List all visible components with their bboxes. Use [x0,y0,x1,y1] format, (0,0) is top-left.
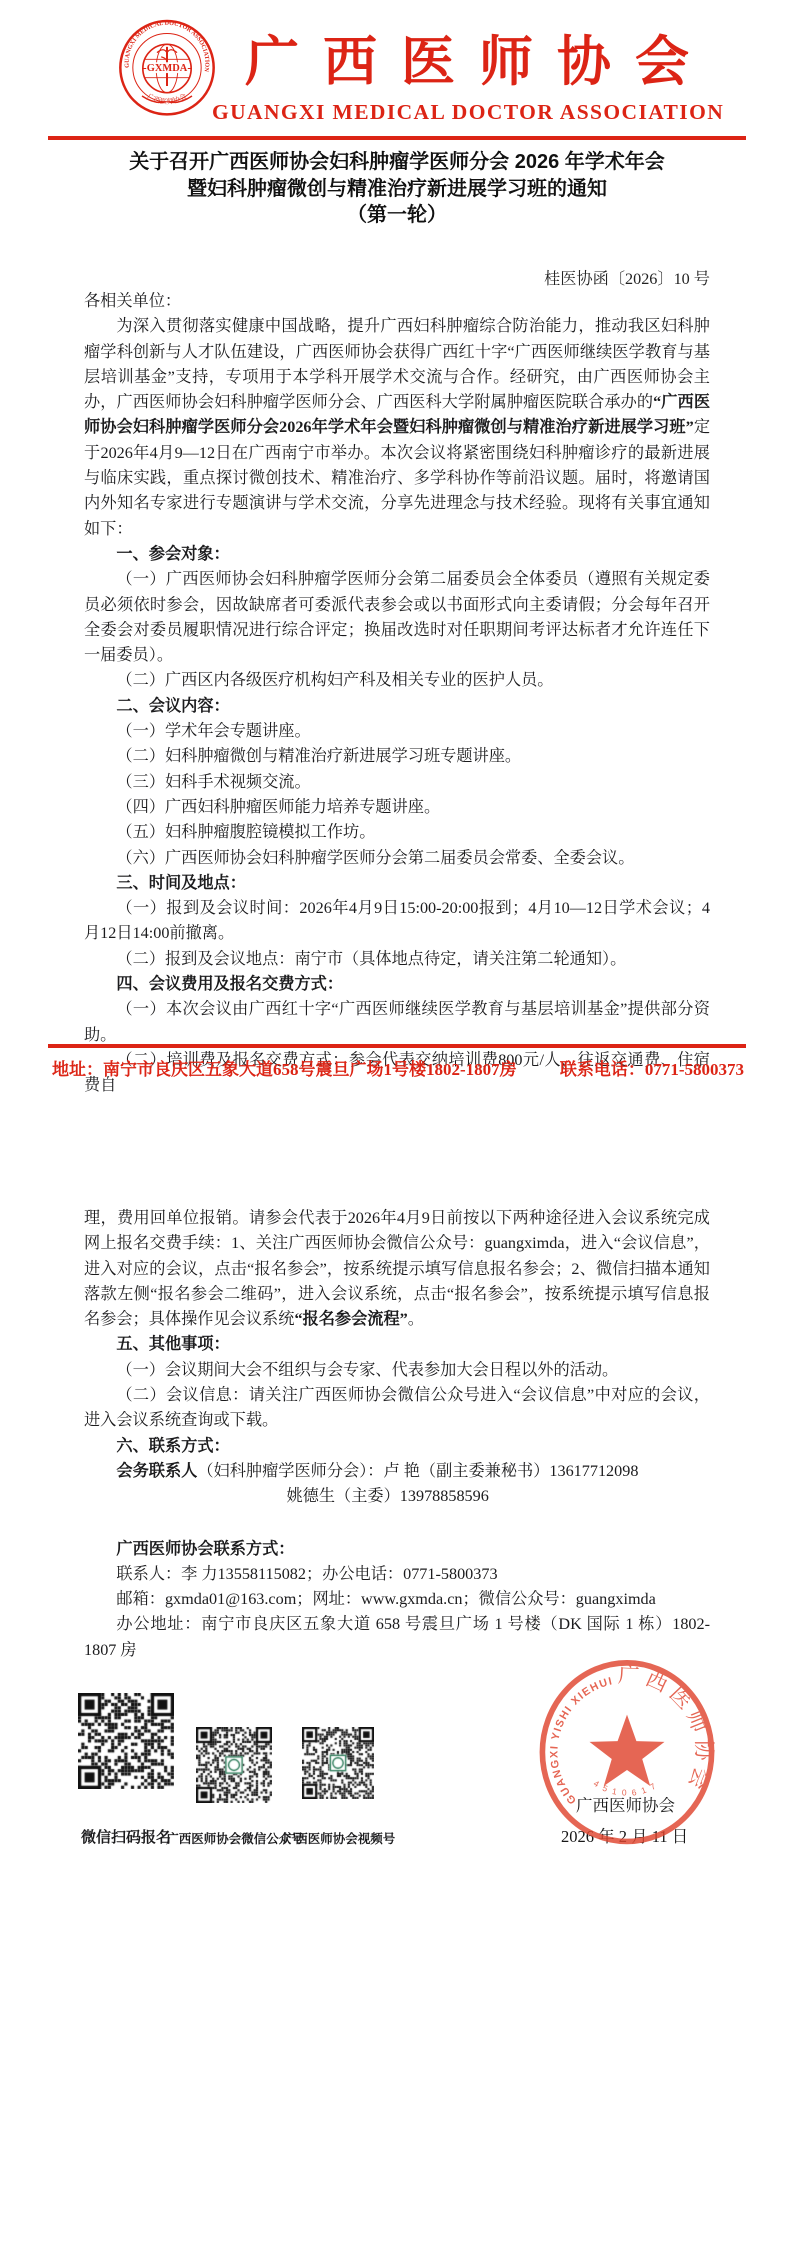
qr-video-channel-code [302,1727,374,1799]
paragraph: 一、参会对象： [84,542,710,567]
notice-document: GUANGXI MEDICAL DOCTOR ASSOCIATION 广西医师协… [0,0,794,2244]
text-run: （五）妇科肿瘤腹腔镜模拟工作坊。 [116,823,375,841]
paragraph: （一）本次会议由广西红十字“广西医师继续医学教育与基层培训基金”提供部分资助。 [84,997,710,1048]
footer-address: 地址：南宁市良庆区五象大道658号震旦广场1号楼1802-1807房 [52,1055,517,1080]
page2-body: 理，费用回单位报销。请参会代表于2026年4月9日前按以下两种途径进入会议系统完… [84,1206,710,1663]
paragraph: 为深入贯彻落实健康中国战略，提升广西妇科肿瘤综合防治能力，推动我区妇科肿瘤学科创… [84,314,710,542]
paragraph: （一）广西医师协会妇科肿瘤学医师分会第二届委员会全体委员（遵照有关规定委员必须依… [84,567,710,668]
paragraph: （一）学术年会专题讲座。 [84,719,710,744]
text-run: 一、参会对象： [116,545,229,563]
paragraph: 会务联系人（妇科肿瘤学医师分会）：卢 艳（副主委兼秘书）13617712098 [84,1459,710,1484]
text-run: （一）学术年会专题讲座。 [116,722,310,740]
text-run: “报名参会流程” [294,1310,407,1328]
text-run: 三、时间及地点： [116,874,246,892]
text-run: 广西医师协会联系方式： [116,1540,294,1558]
text-run: （二）报到及会议地点：南宁市（具体地点待定，请关注第二轮通知）。 [116,950,626,968]
text-run: 联系人：李 力13558115082；办公电话：0771-5800373 [116,1565,497,1583]
qr-wechat-official-account-code [196,1727,272,1803]
paragraph: 二、会议内容： [84,694,710,719]
page1-body: 各相关单位：为深入贯彻落实健康中国战略，提升广西妇科肿瘤综合防治能力，推动我区妇… [84,289,710,1099]
header-divider [48,136,746,140]
org-name-en: GUANGXI MEDICAL DOCTOR ASSOCIATION [212,100,722,124]
text-run: 各相关单位： [84,292,181,310]
svg-text:广西医师协会: 广西医师协会 [146,91,188,106]
paragraph: 三、时间及地点： [84,871,710,896]
paragraph: 各相关单位： [84,289,710,314]
paragraph: （六）广西医师协会妇科肿瘤学医师分会第二届委员会常委、全委会议。 [84,846,710,871]
text-run: 为深入贯彻落实健康中国战略，提升广西妇科肿瘤综合防治能力，推动我区妇科肿瘤学科创… [84,317,710,411]
paragraph: （二）广西区内各级医疗机构妇产科及相关专业的医护人员。 [84,668,710,693]
header: 广西医师协会 GUANGXI MEDICAL DOCTOR ASSOCIATIO… [212,24,722,124]
paragraph: （一）会议期间大会不组织与会专家、代表参加大会日程以外的活动。 [84,1358,710,1383]
text-run: （二）妇科肿瘤微创与精准治疗新进展学习班专题讲座。 [116,747,521,765]
logo-abbr-text: GXMDA [147,63,188,74]
document-title: 关于召开广西医师协会妇科肿瘤学医师分会 2026 年学术年会 暨妇科肿瘤微创与精… [0,149,794,229]
signature-org: 广西医师协会 [576,1792,675,1816]
org-name-cn: 广西医师协会 [212,24,746,100]
text-run: （一）会议期间大会不组织与会专家、代表参加大会日程以外的活动。 [116,1361,618,1379]
text-run: （妇科肿瘤学医师分会）：卢 艳（副主委兼秘书）13617712098 [197,1462,638,1480]
text-run: 五、其他事项： [116,1335,229,1353]
paragraph: （五）妇科肿瘤腹腔镜模拟工作坊。 [84,820,710,845]
svg-text:GUANGXI YISHI XIEHUI 广: GUANGXI YISHI XIEHUI 广西医师协会 [548,1663,715,1806]
text-run: （三）妇科手术视频交流。 [116,773,310,791]
text-run: （一）报到及会议时间：2026年4月9日15:00-20:00报到；4月10—1… [84,899,710,942]
title-line-2: 暨妇科肿瘤微创与精准治疗新进展学习班的通知 [0,176,794,203]
logo-ring-bottom-text: 广西医师协会 [146,91,188,106]
paragraph: （四）广西妇科肿瘤医师能力培养专题讲座。 [84,795,710,820]
signature-date: 2026 年 2 月 11 日 [561,1823,688,1847]
text-run: 办公地址：南宁市良庆区五象大道 658 号震旦广场 1 号楼（DK 国际 1 栋… [84,1615,710,1658]
text-run: （六）广西医师协会妇科肿瘤学医师分会第二届委员会常委、全委会议。 [116,849,634,867]
document-number: 桂医协函〔2026〕10 号 [544,265,710,289]
paragraph: （二）会议信息：请关注广西医师协会微信公众号进入“会议信息”中对应的会议，进入会… [84,1383,710,1434]
title-line-1: 关于召开广西医师协会妇科肿瘤学医师分会 2026 年学术年会 [0,149,794,176]
paragraph: 四、会议费用及报名交费方式： [84,972,710,997]
title-line-3: （第一轮） [0,202,794,229]
text-run: （二）会议信息：请关注广西医师协会微信公众号进入“会议信息”中对应的会议，进入会… [84,1386,710,1429]
qr-signup-code [78,1693,174,1789]
paragraph: 广西医师协会联系方式： [84,1537,710,1562]
page-footer: 地址：南宁市良庆区五象大道658号震旦广场1号楼1802-1807房 联系电话：… [52,1055,744,1080]
paragraph: （二）报到及会议地点：南宁市（具体地点待定，请关注第二轮通知）。 [84,947,710,972]
paragraph: （一）报到及会议时间：2026年4月9日15:00-20:00报到；4月10—1… [84,896,710,947]
stamp-cn-arc-text: 广西医师协会 [617,1663,715,1797]
qr-video-caption: 广西医师协会视频号 [266,1829,412,1847]
stamp-latin-text: GUANGXI YISHI XIEHUI [548,1675,614,1806]
text-run: 。 [408,1310,424,1328]
text-run: （一）广西医师协会妇科肿瘤学医师分会第二届委员会全体委员（遵照有关规定委员必须依… [84,570,710,664]
text-run: （二）广西区内各级医疗机构妇产科及相关专业的医护人员。 [116,671,553,689]
paragraph: 邮箱：gxmda01@163.com；网址：www.gxmda.cn；微信公众号… [84,1587,710,1612]
paragraph: 办公地址：南宁市良庆区五象大道 658 号震旦广场 1 号楼（DK 国际 1 栋… [84,1612,710,1663]
footer-divider [48,1044,746,1048]
text-run: （四）广西妇科肿瘤医师能力培养专题讲座。 [116,798,440,816]
text-run: 六、联系方式： [116,1437,229,1455]
text-run: 四、会议费用及报名交费方式： [116,975,343,993]
paragraph: 五、其他事项： [84,1332,710,1357]
text-run: 邮箱：gxmda01@163.com；网址：www.gxmda.cn；微信公众号… [116,1590,655,1608]
text-run: 姚德生（主委）13978858596 [287,1487,489,1505]
text-run: 二、会议内容： [116,697,229,715]
paragraph: 姚德生（主委）13978858596 [84,1484,710,1509]
footer-phone: 联系电话：0771-5800373 [560,1055,744,1080]
paragraph: 理，费用回单位报销。请参会代表于2026年4月9日前按以下两种途径进入会议系统完… [84,1206,710,1332]
association-seal-logo-icon: GUANGXI MEDICAL DOCTOR ASSOCIATION 广西医师协… [117,16,217,116]
text-run: （一）本次会议由广西红十字“广西医师继续医学教育与基层培训基金”提供部分资助。 [84,1000,710,1043]
paragraph: （三）妇科手术视频交流。 [84,770,710,795]
paragraph: （二）妇科肿瘤微创与精准治疗新进展学习班专题讲座。 [84,744,710,769]
paragraph: 六、联系方式： [84,1434,710,1459]
text-run: 会务联系人 [116,1462,197,1480]
paragraph: 联系人：李 力13558115082；办公电话：0771-5800373 [84,1562,710,1587]
